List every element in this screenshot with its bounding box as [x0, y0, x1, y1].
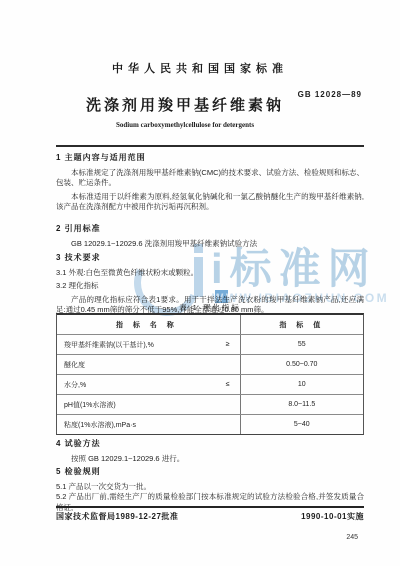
- section-2-reference: GB 12029.1~12029.6 洗涤剂用羧甲基纤维素钠试验方法: [56, 239, 364, 250]
- table-row: 醚化度 0.50~0.70: [57, 354, 363, 374]
- table-row: pH值(1%水溶液) 8.0~11.5: [57, 394, 363, 414]
- indicator-name: 羧甲基纤维素钠(以干基计),%: [64, 340, 154, 350]
- indicator-value: 10: [241, 375, 363, 394]
- footer-divider: [56, 506, 364, 508]
- indicator-value: 8.0~11.5: [241, 395, 363, 414]
- table-row: 羧甲基纤维素钠(以干基计),%≥ 55: [57, 334, 363, 354]
- section-test-methods: 4 试验方法 按照 GB 12029.1~12029.6 进行。: [56, 439, 364, 464]
- section-5-item-1: 5.1 产品以一次交货为一批。: [56, 482, 364, 493]
- page-number: 245: [346, 534, 358, 541]
- table-row: 粘度(1%水溶液),mPa·s 5~40: [57, 414, 363, 434]
- table-header-row: 指 标 名 称 指 标 值: [57, 315, 363, 334]
- standard-document-page: i标准网 WWW.IBIAOZHUN.COM 中华人民共和国国家标准 GB 12…: [0, 0, 400, 566]
- section-1-paragraph-2: 本标准适用于以纤维素为原料,经氢氧化钠碱化和一氯乙酸钠醚化生产的羧甲基纤维素钠,…: [56, 192, 364, 213]
- section-1-heading: 1 主题内容与适用范围: [56, 153, 364, 164]
- section-4-paragraph: 按照 GB 12029.1~12029.6 进行。: [56, 454, 364, 465]
- section-5-item-2: 5.2 产品出厂前,需经生产厂的质量检验部门按本标准规定的试验方法检验合格,并签…: [56, 492, 364, 513]
- section-3-item-appearance: 3.1 外观:白色至微黄色纤维状粉末或颗粒。: [56, 268, 364, 279]
- indicator-value: 0.50~0.70: [241, 355, 363, 374]
- table-header-name: 指 标 名 称: [57, 315, 241, 334]
- table-row: 水分,%≤ 10: [57, 374, 363, 394]
- indicator-name: 粘度(1%水溶液),mPa·s: [64, 420, 136, 430]
- footer: 国家技术监督局1989-12-27批准 1990-10-01实施: [56, 511, 364, 522]
- section-scope: 1 主题内容与适用范围 本标准规定了洗涤剂用羧甲基纤维素钠(CMC)的技术要求、…: [56, 153, 364, 213]
- indicator-symbol: ≥: [226, 341, 230, 348]
- section-5-heading: 5 检验规则: [56, 467, 364, 478]
- section-3-heading: 3 技术要求: [56, 253, 364, 264]
- physchem-indicators-table: 指 标 名 称 指 标 值 羧甲基纤维素钠(以干基计),%≥ 55 醚化度 0.…: [56, 313, 364, 435]
- implementation-info: 1990-10-01实施: [301, 511, 364, 522]
- section-2-heading: 2 引用标准: [56, 224, 364, 235]
- table-caption: 表 1 理化指标: [56, 302, 364, 313]
- section-references: 2 引用标准 GB 12029.1~12029.6 洗涤剂用羧甲基纤维素钠试验方…: [56, 224, 364, 249]
- indicator-value: 55: [241, 335, 363, 354]
- indicator-symbol: ≤: [226, 381, 230, 388]
- national-standard-label: 中华人民共和国国家标准: [0, 60, 400, 76]
- section-4-heading: 4 试验方法: [56, 439, 364, 450]
- indicator-value: 5~40: [241, 415, 363, 434]
- indicator-name: 醚化度: [64, 360, 85, 370]
- header-divider: [56, 145, 364, 147]
- indicator-name: pH值(1%水溶液): [64, 400, 116, 410]
- document-title: 洗涤剂用羧甲基纤维素钠: [0, 94, 370, 115]
- indicator-name: 水分,%: [64, 380, 86, 390]
- section-1-paragraph-1: 本标准规定了洗涤剂用羧甲基纤维素钠(CMC)的技术要求、试验方法、检验规则和标志…: [56, 168, 364, 189]
- section-3-item-physchem: 3.2 理化指标: [56, 281, 364, 292]
- approval-info: 国家技术监督局1989-12-27批准: [56, 511, 178, 522]
- table-header-value: 指 标 值: [241, 315, 363, 334]
- document-subtitle-english: Sodium carboxymethylcellulose for deterg…: [0, 121, 370, 129]
